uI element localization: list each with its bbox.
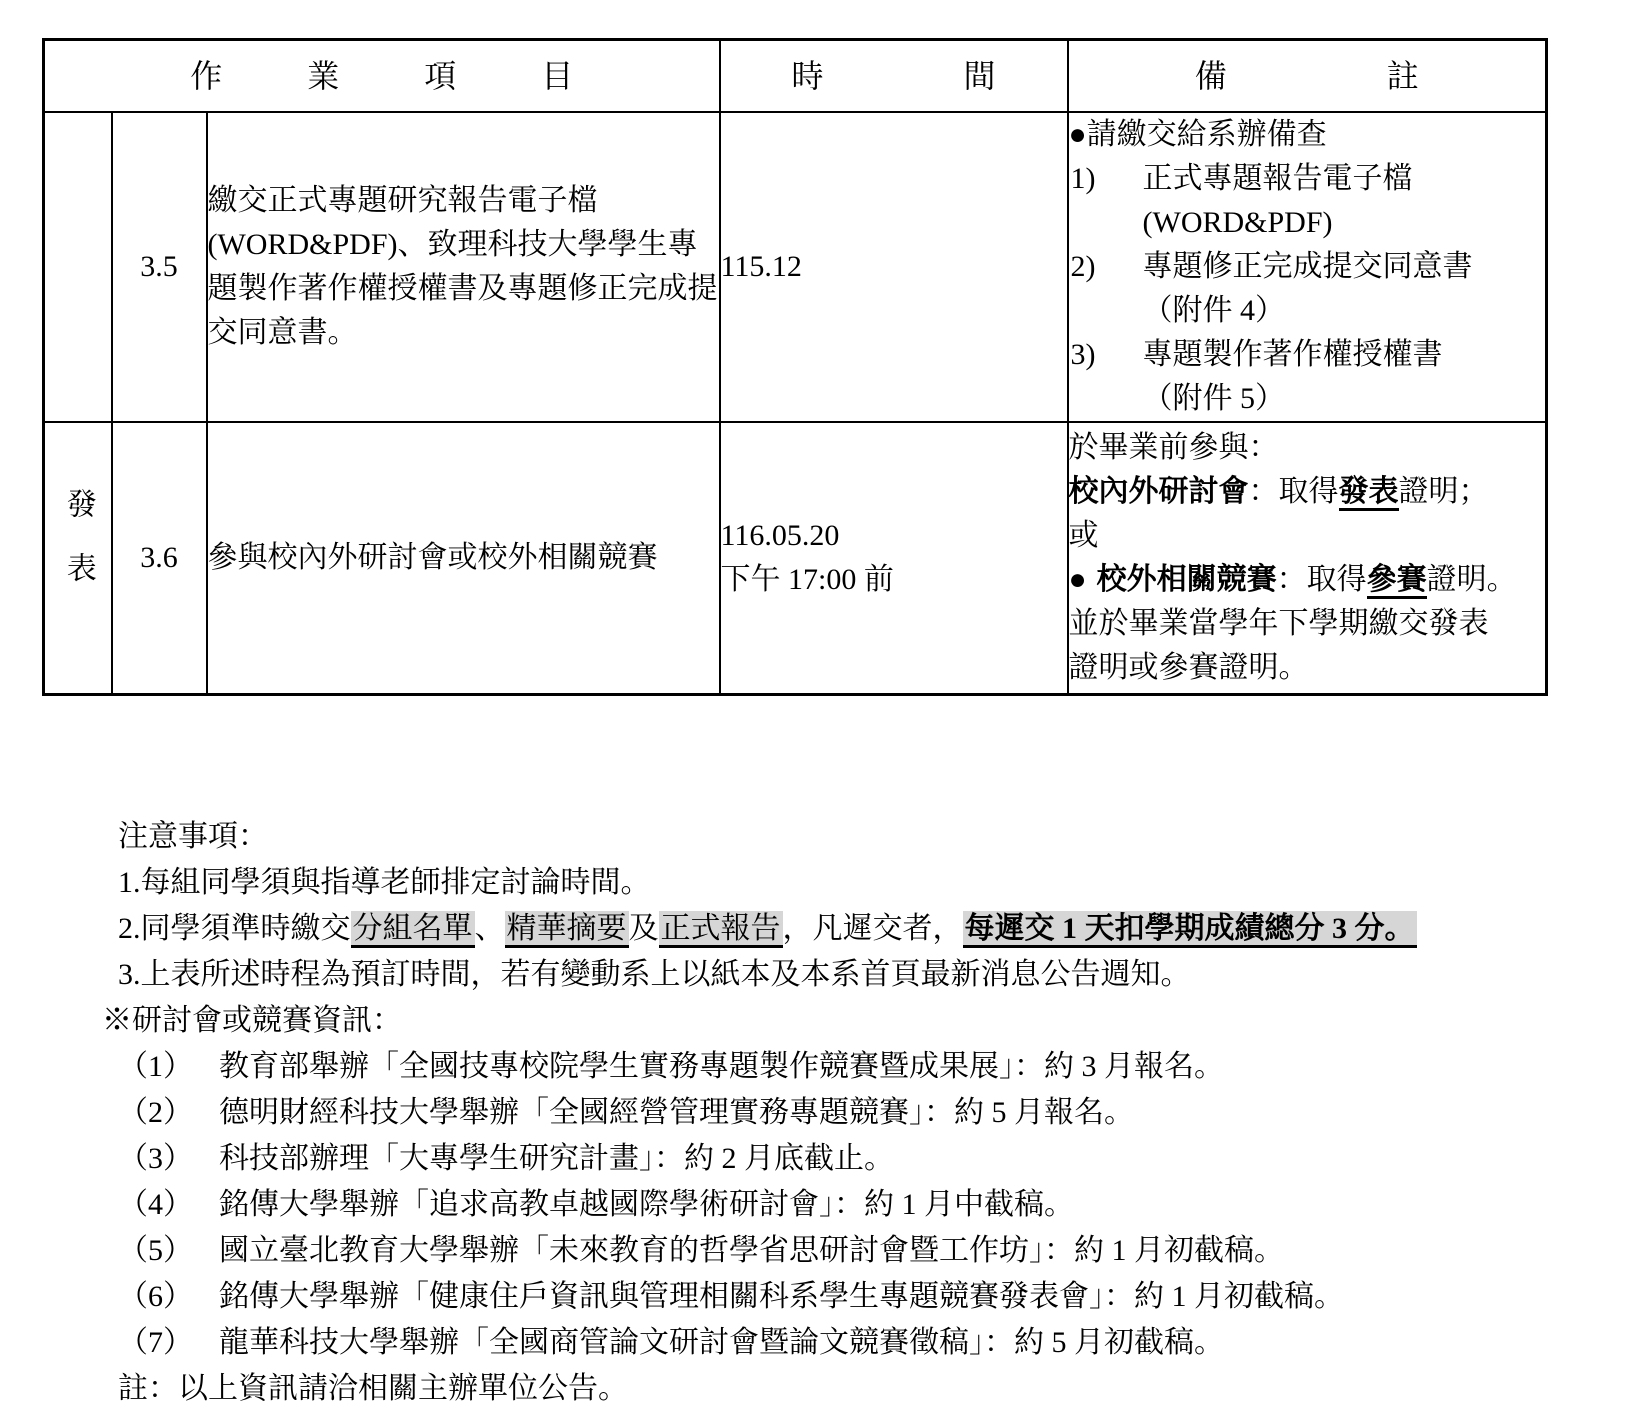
notes-footer: 註：以上資訊請洽相關主辦單位公告。	[118, 1366, 1548, 1412]
info-item-3: （3）科技部辦理「大專學生研究計畫」：約 2 月底截止。	[118, 1136, 1548, 1182]
info-item-5: （5）國立臺北教育大學舉辦「未來教育的哲學省思研討會暨工作坊」：約 1 月初截稿…	[118, 1228, 1548, 1274]
remark-item-line: 專題製作著作權授權書	[1143, 333, 1546, 377]
time-deadline: 下午 17:00 前	[721, 558, 1067, 602]
penalty-warning: 每遲交 1 天扣學期成績總分 3 分。	[963, 911, 1417, 948]
info-item-number: （2）	[118, 1090, 193, 1136]
task-number-3-5: 3.5	[112, 112, 207, 422]
remark-item-line: 專題修正完成提交同意書	[1143, 245, 1546, 289]
remark-competition-line: ●校外相關競賽：取得參賽證明。	[1069, 558, 1546, 602]
time-cell-3-6: 116.05.20 下午 17:00 前	[720, 422, 1068, 695]
note-2: 2.同學須準時繳交分組名單、精華摘要及正式報告，凡遲交者，每遲交 1 天扣學期成…	[118, 906, 1548, 952]
info-item-number: （5）	[118, 1228, 193, 1274]
competition-mid: ：取得	[1277, 563, 1367, 596]
note-2-sep: 及	[629, 912, 659, 945]
note-1: 1.每組同學須與指導老師排定討論時間。	[118, 860, 1548, 906]
remark-cell-3-6: 於畢業前參與： 校內外研討會：取得發表證明； 或 ●校外相關競賽：取得參賽證明。…	[1068, 422, 1547, 695]
info-item-number: （6）	[118, 1274, 193, 1320]
highlight-group-list: 分組名單	[351, 911, 475, 948]
info-item-text: 科技部辦理「大專學生研究計畫」：約 2 月底截止。	[219, 1136, 894, 1182]
remark-item-line: （附件 5）	[1143, 377, 1546, 421]
info-item-text: 國立臺北教育大學舉辦「未來教育的哲學省思研討會暨工作坊」：約 1 月初截稿。	[219, 1228, 1284, 1274]
info-item-number: （4）	[118, 1182, 193, 1228]
info-item-7: （7）龍華科技大學舉辦「全國商管論文研討會暨論文競賽徵稿」：約 5 月初截稿。	[118, 1320, 1548, 1366]
remark-item-body: 專題修正完成提交同意書 （附件 4）	[1143, 245, 1546, 333]
seminar-tail: 證明；	[1399, 475, 1489, 508]
info-item-number: （7）	[118, 1320, 193, 1366]
remark-item-body: 專題製作著作權授權書 （附件 5）	[1143, 333, 1546, 421]
note-2-sep: 、	[475, 912, 505, 945]
remark-item-line: （附件 4）	[1143, 289, 1546, 333]
schedule-table: 作業項目 時間 備註 3.5 繳交正式專題研究報告電子檔(WORD&PDF)、致…	[42, 38, 1548, 696]
table-row-3-6: 發表 3.6 參與校內外研討會或校外相關競賽 116.05.20 下午 17:0…	[44, 422, 1547, 695]
info-item-2: （2）德明財經科技大學舉辦「全國經營管理實務專題競賽」：約 5 月報名。	[118, 1090, 1548, 1136]
task-description-3-6: 參與校內外研討會或校外相關競賽	[207, 422, 720, 695]
table-header-row: 作業項目 時間 備註	[44, 40, 1547, 113]
note-2-text: ，凡遲交者，	[783, 912, 963, 945]
remark-intro: 於畢業前參與：	[1069, 426, 1546, 470]
seminar-mid: ：取得	[1249, 475, 1339, 508]
header-note-label: 備註	[1195, 54, 1547, 98]
time-value: 115.12	[721, 245, 1067, 289]
table-row-3-5: 3.5 繳交正式專題研究報告電子檔(WORD&PDF)、致理科技大學學生專題製作…	[44, 112, 1547, 422]
info-item-text: 德明財經科技大學舉辦「全國經營管理實務專題競賽」：約 5 月報名。	[219, 1090, 1134, 1136]
remark-list-item: 3) 專題製作著作權授權書 （附件 5）	[1069, 333, 1546, 421]
remark-or: 或	[1069, 514, 1546, 558]
info-item-number: （3）	[118, 1136, 193, 1182]
info-item-text: 銘傳大學舉辦「健康住戶資訊與管理相關科系學生專題競賽發表會」：約 1 月初截稿。	[219, 1274, 1344, 1320]
remark-item-number: 3)	[1069, 333, 1143, 377]
remark-item-line: 正式專題報告電子檔	[1143, 157, 1546, 201]
remark-seminar-line: 校內外研討會：取得發表證明；	[1069, 470, 1546, 514]
document-page: 作業項目 時間 備註 3.5 繳交正式專題研究報告電子檔(WORD&PDF)、致…	[0, 0, 1652, 1420]
note-2-text: 2.同學須準時繳交	[118, 912, 351, 945]
info-item-number: （1）	[118, 1044, 193, 1090]
competition-tail: 證明。	[1427, 563, 1517, 596]
task-text: 繳交正式專題研究報告電子檔(WORD&PDF)、致理科技大學學生專題製作著作權授…	[208, 179, 719, 355]
highlight-formal-report: 正式報告	[659, 911, 783, 948]
notes-section: 注意事項： 1.每組同學須與指導老師排定討論時間。 2.同學須準時繳交分組名單、…	[118, 814, 1548, 1412]
remark-list-item: 1) 正式專題報告電子檔 (WORD&PDF)	[1069, 157, 1546, 245]
notes-title: 注意事項：	[118, 814, 1548, 860]
remark-continuation: 並於畢業當學年下學期繳交發表	[1069, 602, 1546, 646]
info-item-6: （6）銘傳大學舉辦「健康住戶資訊與管理相關科系學生專題競賽發表會」：約 1 月初…	[118, 1274, 1548, 1320]
remark-heading: ●請繳交給系辦備查	[1069, 113, 1546, 157]
remark-cell-3-5: ●請繳交給系辦備查 1) 正式專題報告電子檔 (WORD&PDF) 2) 專題修…	[1068, 112, 1547, 422]
header-cell-task: 作業項目	[44, 40, 720, 113]
notes-subtitle: ※研討會或競賽資訊：	[102, 998, 1548, 1044]
remark-item-line: (WORD&PDF)	[1143, 201, 1546, 245]
task-number-3-6: 3.6	[112, 422, 207, 695]
info-item-text: 教育部舉辦「全國技專校院學生實務專題製作競賽暨成果展」：約 3 月報名。	[219, 1044, 1224, 1090]
task-text: 參與校內外研討會或校外相關競賽	[208, 536, 719, 580]
category-label: 發表	[56, 488, 100, 616]
info-item-4: （4）銘傳大學舉辦「追求高教卓越國際學術研討會」：約 1 月中截稿。	[118, 1182, 1548, 1228]
info-item-1: （1）教育部舉辦「全國技專校院學生實務專題製作競賽暨成果展」：約 3 月報名。	[118, 1044, 1548, 1090]
competition-label: 校外相關競賽	[1097, 563, 1277, 596]
competition-keyword: 參賽	[1367, 563, 1427, 599]
bullet-icon: ●	[1069, 563, 1087, 596]
seminar-keyword: 發表	[1339, 475, 1399, 511]
remark-item-number: 2)	[1069, 245, 1143, 289]
header-cell-time: 時間	[720, 40, 1068, 113]
header-task-label: 作業項目	[190, 54, 658, 98]
seminar-label: 校內外研討會	[1069, 475, 1249, 508]
header-cell-note: 備註	[1068, 40, 1547, 113]
info-item-text: 龍華科技大學舉辦「全國商管論文研討會暨論文競賽徵稿」：約 5 月初截稿。	[219, 1320, 1224, 1366]
category-cell-publish: 發表	[44, 422, 112, 695]
note-3: 3.上表所述時程為預訂時間，若有變動系上以紙本及本系首頁最新消息公告週知。	[118, 952, 1548, 998]
info-item-text: 銘傳大學舉辦「追求高教卓越國際學術研討會」：約 1 月中截稿。	[219, 1182, 1074, 1228]
time-cell-3-5: 115.12	[720, 112, 1068, 422]
category-cell-empty	[44, 112, 112, 422]
remark-list-item: 2) 專題修正完成提交同意書 （附件 4）	[1069, 245, 1546, 333]
header-time-label: 時間	[792, 54, 1068, 98]
time-date: 116.05.20	[721, 514, 1067, 558]
remark-continuation: 證明或參賽證明。	[1069, 646, 1546, 690]
task-description-3-5: 繳交正式專題研究報告電子檔(WORD&PDF)、致理科技大學學生專題製作著作權授…	[207, 112, 720, 422]
remark-item-body: 正式專題報告電子檔 (WORD&PDF)	[1143, 157, 1546, 245]
remark-item-number: 1)	[1069, 157, 1143, 201]
highlight-summary: 精華摘要	[505, 911, 629, 948]
